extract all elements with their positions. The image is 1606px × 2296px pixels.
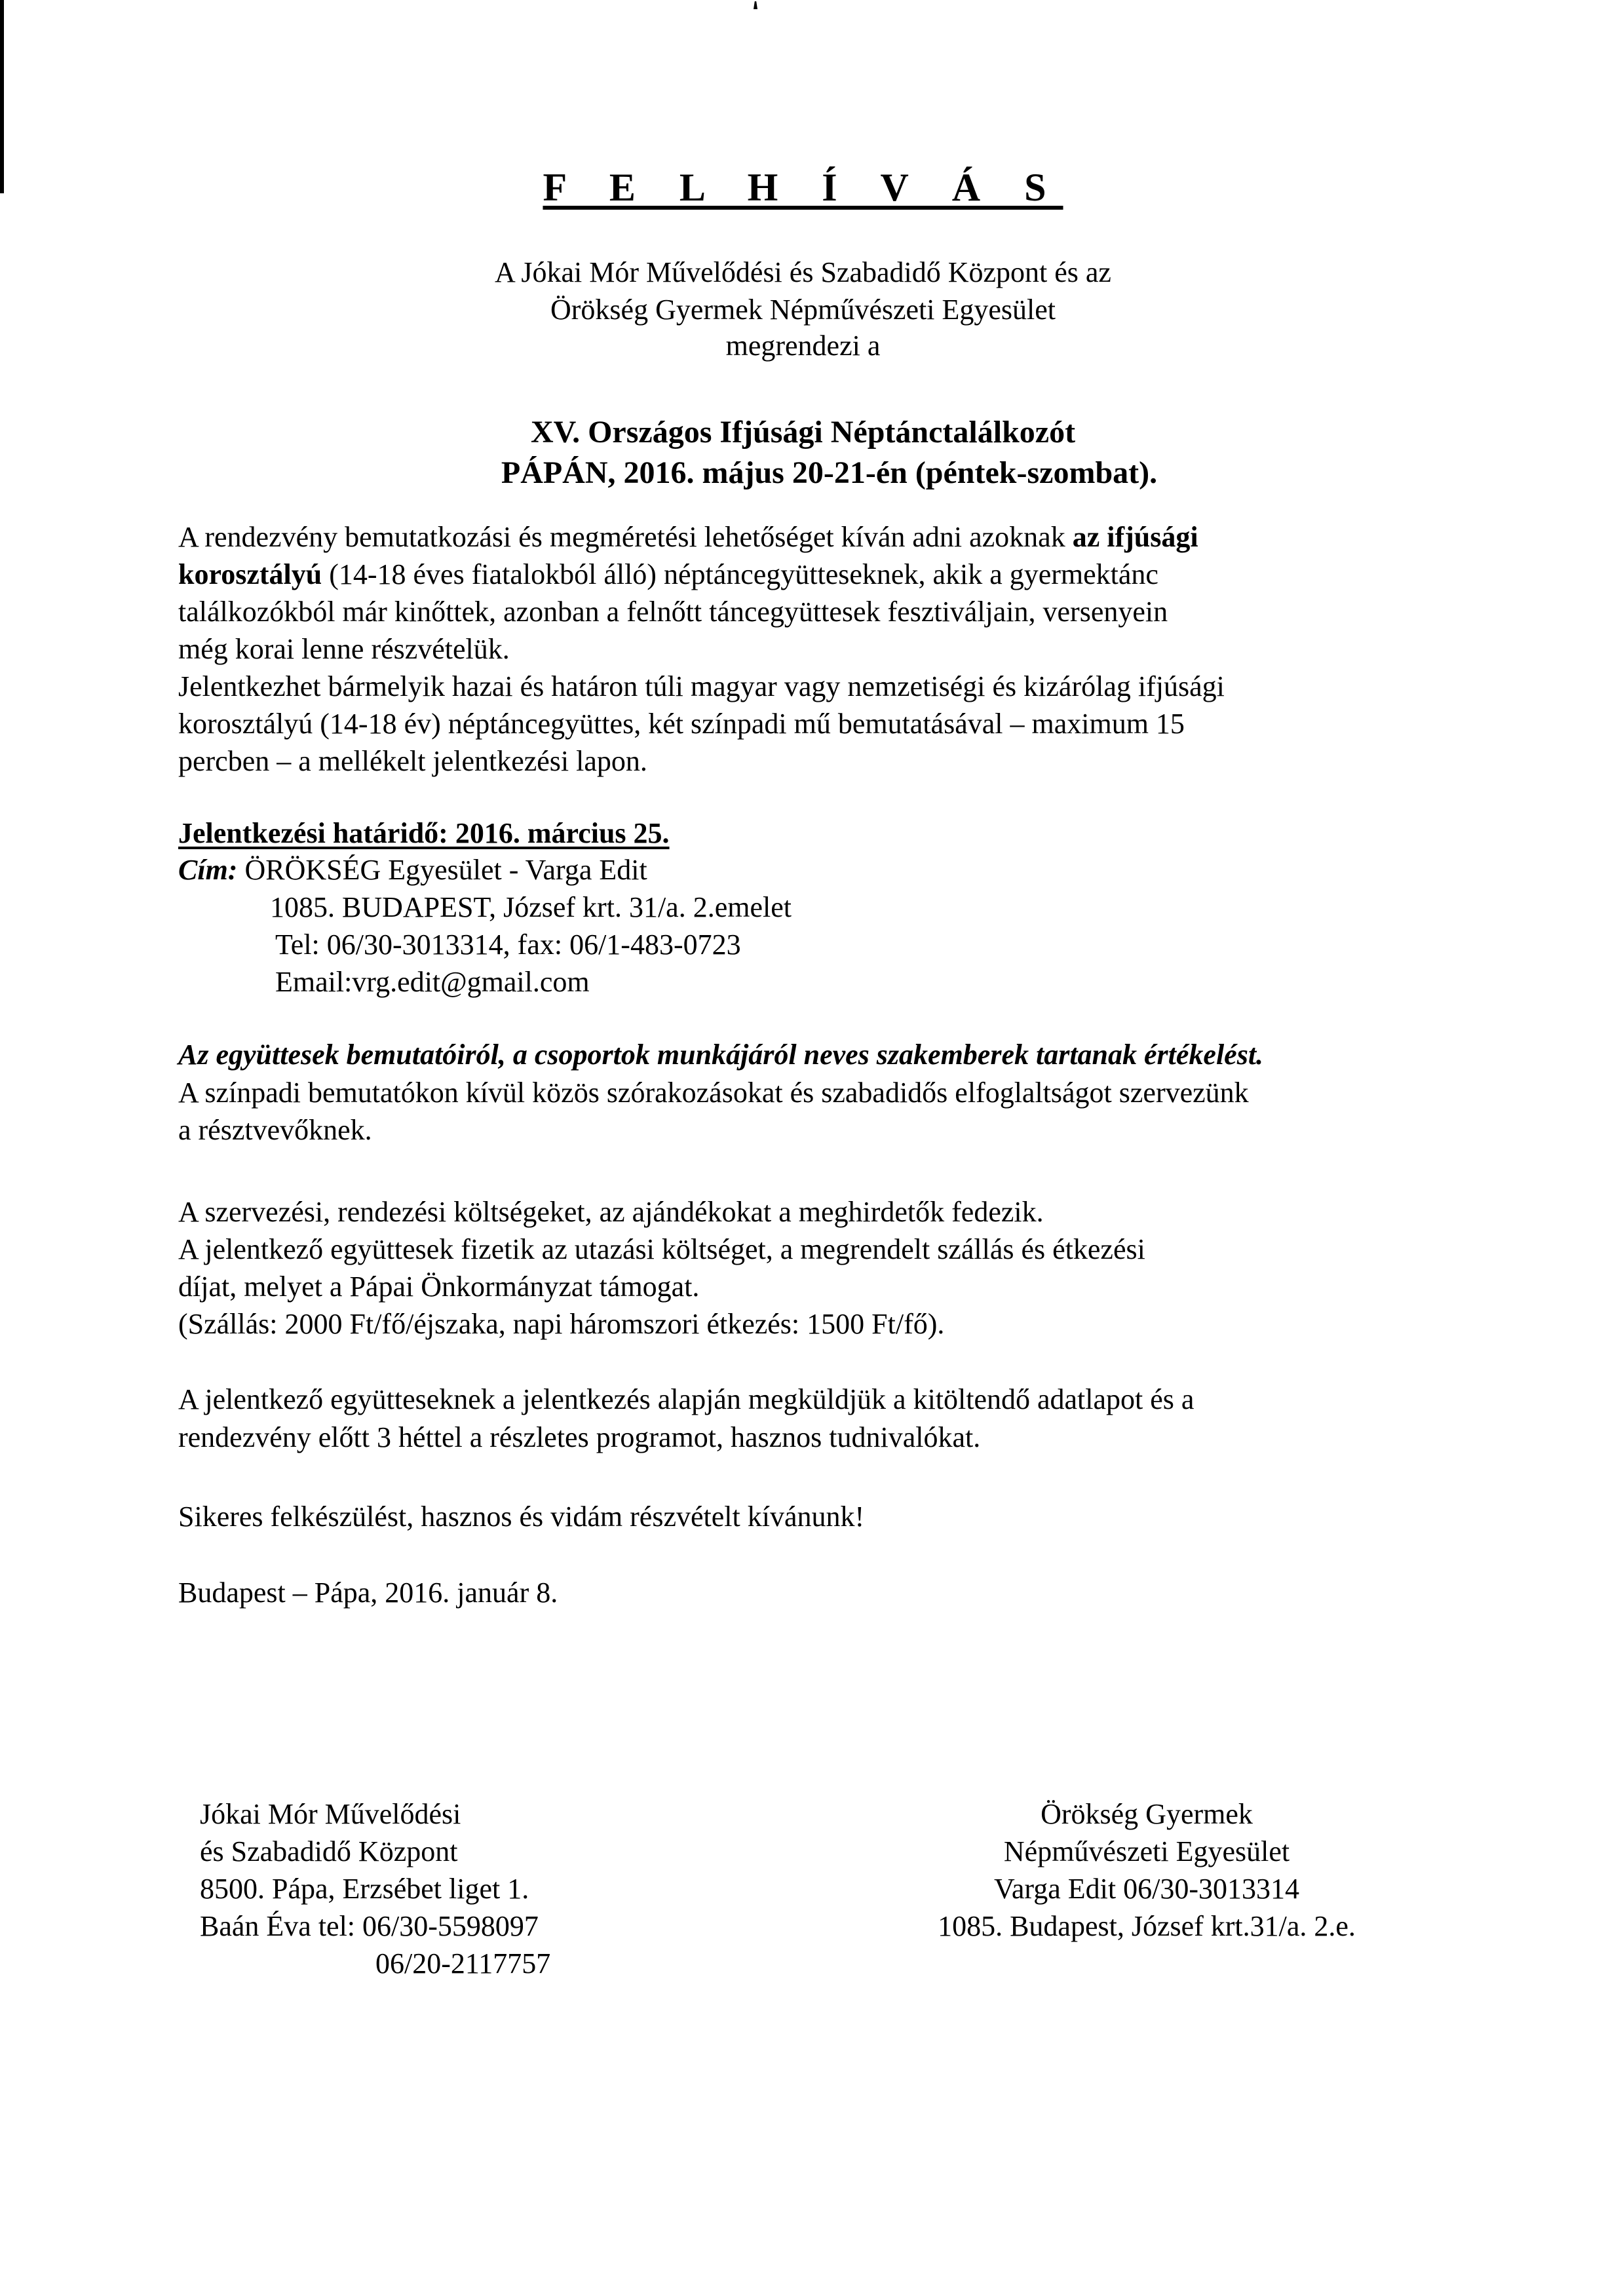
followup-line: A jelentkező együtteseknek a jelentkezés… bbox=[178, 1381, 1194, 1418]
signature-line: Örökség Gyermek bbox=[852, 1795, 1442, 1833]
signature-right: Örökség Gyermek Népművészeti Egyesület V… bbox=[852, 1795, 1442, 1945]
closing-wish: Sikeres felkészülést, hasznos és vidám r… bbox=[178, 1499, 864, 1535]
followup-line: rendezvény előtt 3 héttel a részletes pr… bbox=[178, 1419, 980, 1456]
costs-line: A szervezési, rendezési költségeket, az … bbox=[178, 1194, 1044, 1231]
programs-line: A színpadi bemutatókon kívül közös szóra… bbox=[178, 1075, 1249, 1111]
costs-line: A jelentkező együttesek fizetik az utazá… bbox=[178, 1231, 1145, 1268]
para1-line2: korosztályú (14-18 éves fiatalokból álló… bbox=[178, 556, 1158, 593]
signature-line: Népművészeti Egyesület bbox=[852, 1833, 1442, 1870]
para1-line1: A rendezvény bemutatkozási és megméretés… bbox=[178, 519, 1198, 556]
signature-line: 1085. Budapest, József krt.31/a. 2.e. bbox=[852, 1907, 1442, 1945]
para2-line: korosztályú (14-18 év) néptáncegyüttes, … bbox=[178, 706, 1185, 742]
para1-text: (14-18 éves fiatalokból álló) néptáncegy… bbox=[322, 558, 1158, 590]
costs-line: díjat, melyet a Pápai Önkormányzat támog… bbox=[178, 1269, 699, 1305]
intro-line: megrendezi a bbox=[0, 328, 1606, 364]
document-title: F E L H Í V Á S bbox=[0, 169, 1606, 206]
evaluation-note: Az együttesek bemutatóiról, a csoportok … bbox=[178, 1037, 1263, 1073]
para1-line4: még korai lenne részvételük. bbox=[178, 631, 510, 668]
para1-emphasis: korosztályú bbox=[178, 558, 322, 590]
address-street: 1085. BUDAPEST, József krt. 31/a. 2.emel… bbox=[270, 889, 792, 926]
para1-line3: találkozókból már kinőttek, azonban a fe… bbox=[178, 594, 1168, 630]
intro-line: A Jókai Mór Művelődési és Szabadidő Közp… bbox=[0, 254, 1606, 291]
signature-line: 06/20-2117757 bbox=[200, 1945, 550, 1982]
para2-line: percben – a mellékelt jelentkezési lapon… bbox=[178, 743, 647, 780]
para2-line: Jelentkezhet bármelyik hazai és határon … bbox=[178, 668, 1225, 705]
address-phone: Tel: 06/30-3013314, fax: 06/1-483-0723 bbox=[275, 927, 741, 963]
address-email: Email:vrg.edit@gmail.com bbox=[275, 964, 590, 1001]
address-label: Cím: bbox=[178, 854, 237, 886]
para1-text: A rendezvény bemutatkozási és megméretés… bbox=[178, 521, 1073, 553]
signature-line: Baán Éva tel: 06/30-5598097 bbox=[200, 1907, 550, 1945]
signature-left: Jókai Mór Művelődési és Szabadidő Közpon… bbox=[200, 1795, 550, 1982]
address-org: ÖRÖKSÉG Egyesület - Varga Edit bbox=[237, 854, 647, 886]
signature-line: Jókai Mór Művelődési bbox=[200, 1795, 550, 1833]
scan-edge-artifact bbox=[0, 0, 4, 193]
signature-line: Varga Edit 06/30-3013314 bbox=[852, 1870, 1442, 1907]
intro-line: Örökség Gyermek Népművészeti Egyesület bbox=[0, 292, 1606, 328]
address-org-line: Cím: ÖRÖKSÉG Egyesület - Varga Edit bbox=[178, 852, 647, 889]
place-date: Budapest – Pápa, 2016. január 8. bbox=[178, 1575, 558, 1611]
event-name: XV. Országos Ifjúsági Néptánctalálkozót bbox=[0, 414, 1606, 451]
signature-line: 8500. Pápa, Erzsébet liget 1. bbox=[200, 1870, 550, 1907]
deadline: Jelentkezési határidő: 2016. március 25. bbox=[178, 815, 670, 852]
signature-line: és Szabadidő Központ bbox=[200, 1833, 550, 1870]
scan-mark-artifact bbox=[754, 1, 757, 9]
event-date: PÁPÁN, 2016. május 20-21-én (péntek-szom… bbox=[26, 455, 1606, 491]
programs-line: a résztvevőknek. bbox=[178, 1112, 372, 1149]
costs-line: (Szállás: 2000 Ft/fő/éjszaka, napi három… bbox=[178, 1306, 944, 1343]
para1-emphasis: az ifjúsági bbox=[1073, 521, 1198, 553]
